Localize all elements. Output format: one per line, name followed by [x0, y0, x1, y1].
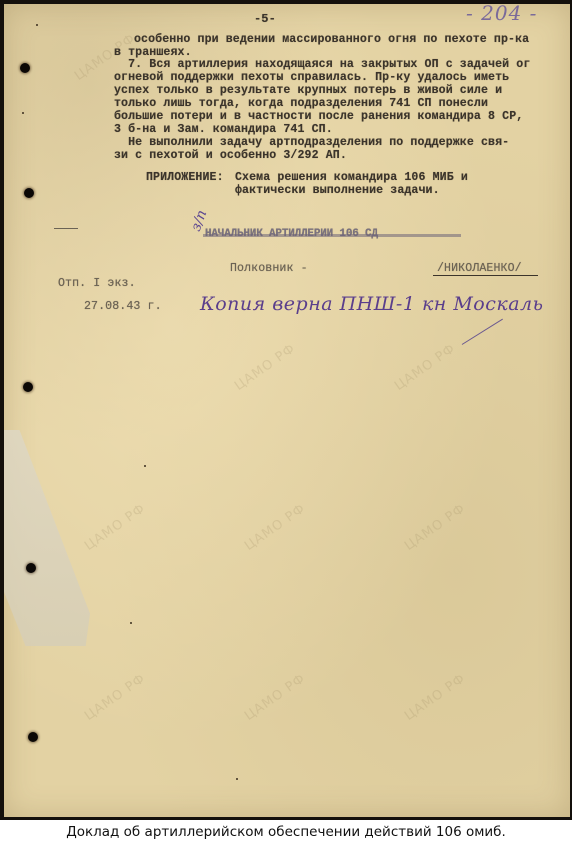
signatory-rank: Полковник -	[230, 262, 308, 275]
page-number: -5-	[254, 13, 276, 26]
copies-note: Отп. I экз.	[58, 277, 136, 290]
body-line: особенно при ведении массированного огня…	[134, 33, 529, 46]
strikethrough-line	[203, 234, 461, 237]
handwritten-copy-certification: Копия верна ПНШ-1 кн Москаль	[200, 293, 544, 315]
body-line: только лишь тогда, когда подразделения 7…	[114, 97, 488, 110]
body-line: зи с пехотой и особенно 3/292 АП.	[114, 149, 347, 162]
punch-hole	[26, 563, 36, 573]
document-date: 27.08.43 г.	[84, 300, 162, 313]
paper-speck	[22, 112, 24, 114]
punch-hole	[23, 382, 33, 392]
body-line: Не выполнили задачу артподразделения по …	[114, 136, 509, 149]
body-line: 3 б-на и Зам. командира 741 СП.	[114, 123, 333, 136]
punch-hole	[24, 188, 34, 198]
appendix-label: ПРИЛОЖЕНИЕ:	[146, 171, 224, 184]
paper-speck	[130, 622, 132, 624]
signature-underline	[433, 275, 538, 276]
body-line: 7. Вся артиллерия находящаяся на закрыты…	[114, 58, 530, 71]
body-line: огневой поддержки пехоты справилась. Пр-…	[114, 71, 509, 84]
archive-page-number: - 204 -	[466, 1, 537, 25]
paper-speck	[236, 778, 238, 780]
signatory-name: /НИКОЛАЕНКО/	[437, 262, 522, 275]
appendix-line-2: фактически выполнение задачи.	[235, 184, 440, 197]
punch-hole	[20, 63, 30, 73]
appendix-line-1: Схема решения командира 106 МИБ и	[235, 171, 468, 184]
dash-mark	[54, 228, 78, 229]
paper-speck	[36, 24, 38, 26]
image-caption: Доклад об артиллерийском обеспечении дей…	[0, 824, 572, 840]
punch-hole	[28, 732, 38, 742]
body-line: большие потери и в частности после ранен…	[114, 110, 523, 123]
body-line: успех только в результате крупных потерь…	[114, 84, 502, 97]
paper-speck	[144, 465, 146, 467]
